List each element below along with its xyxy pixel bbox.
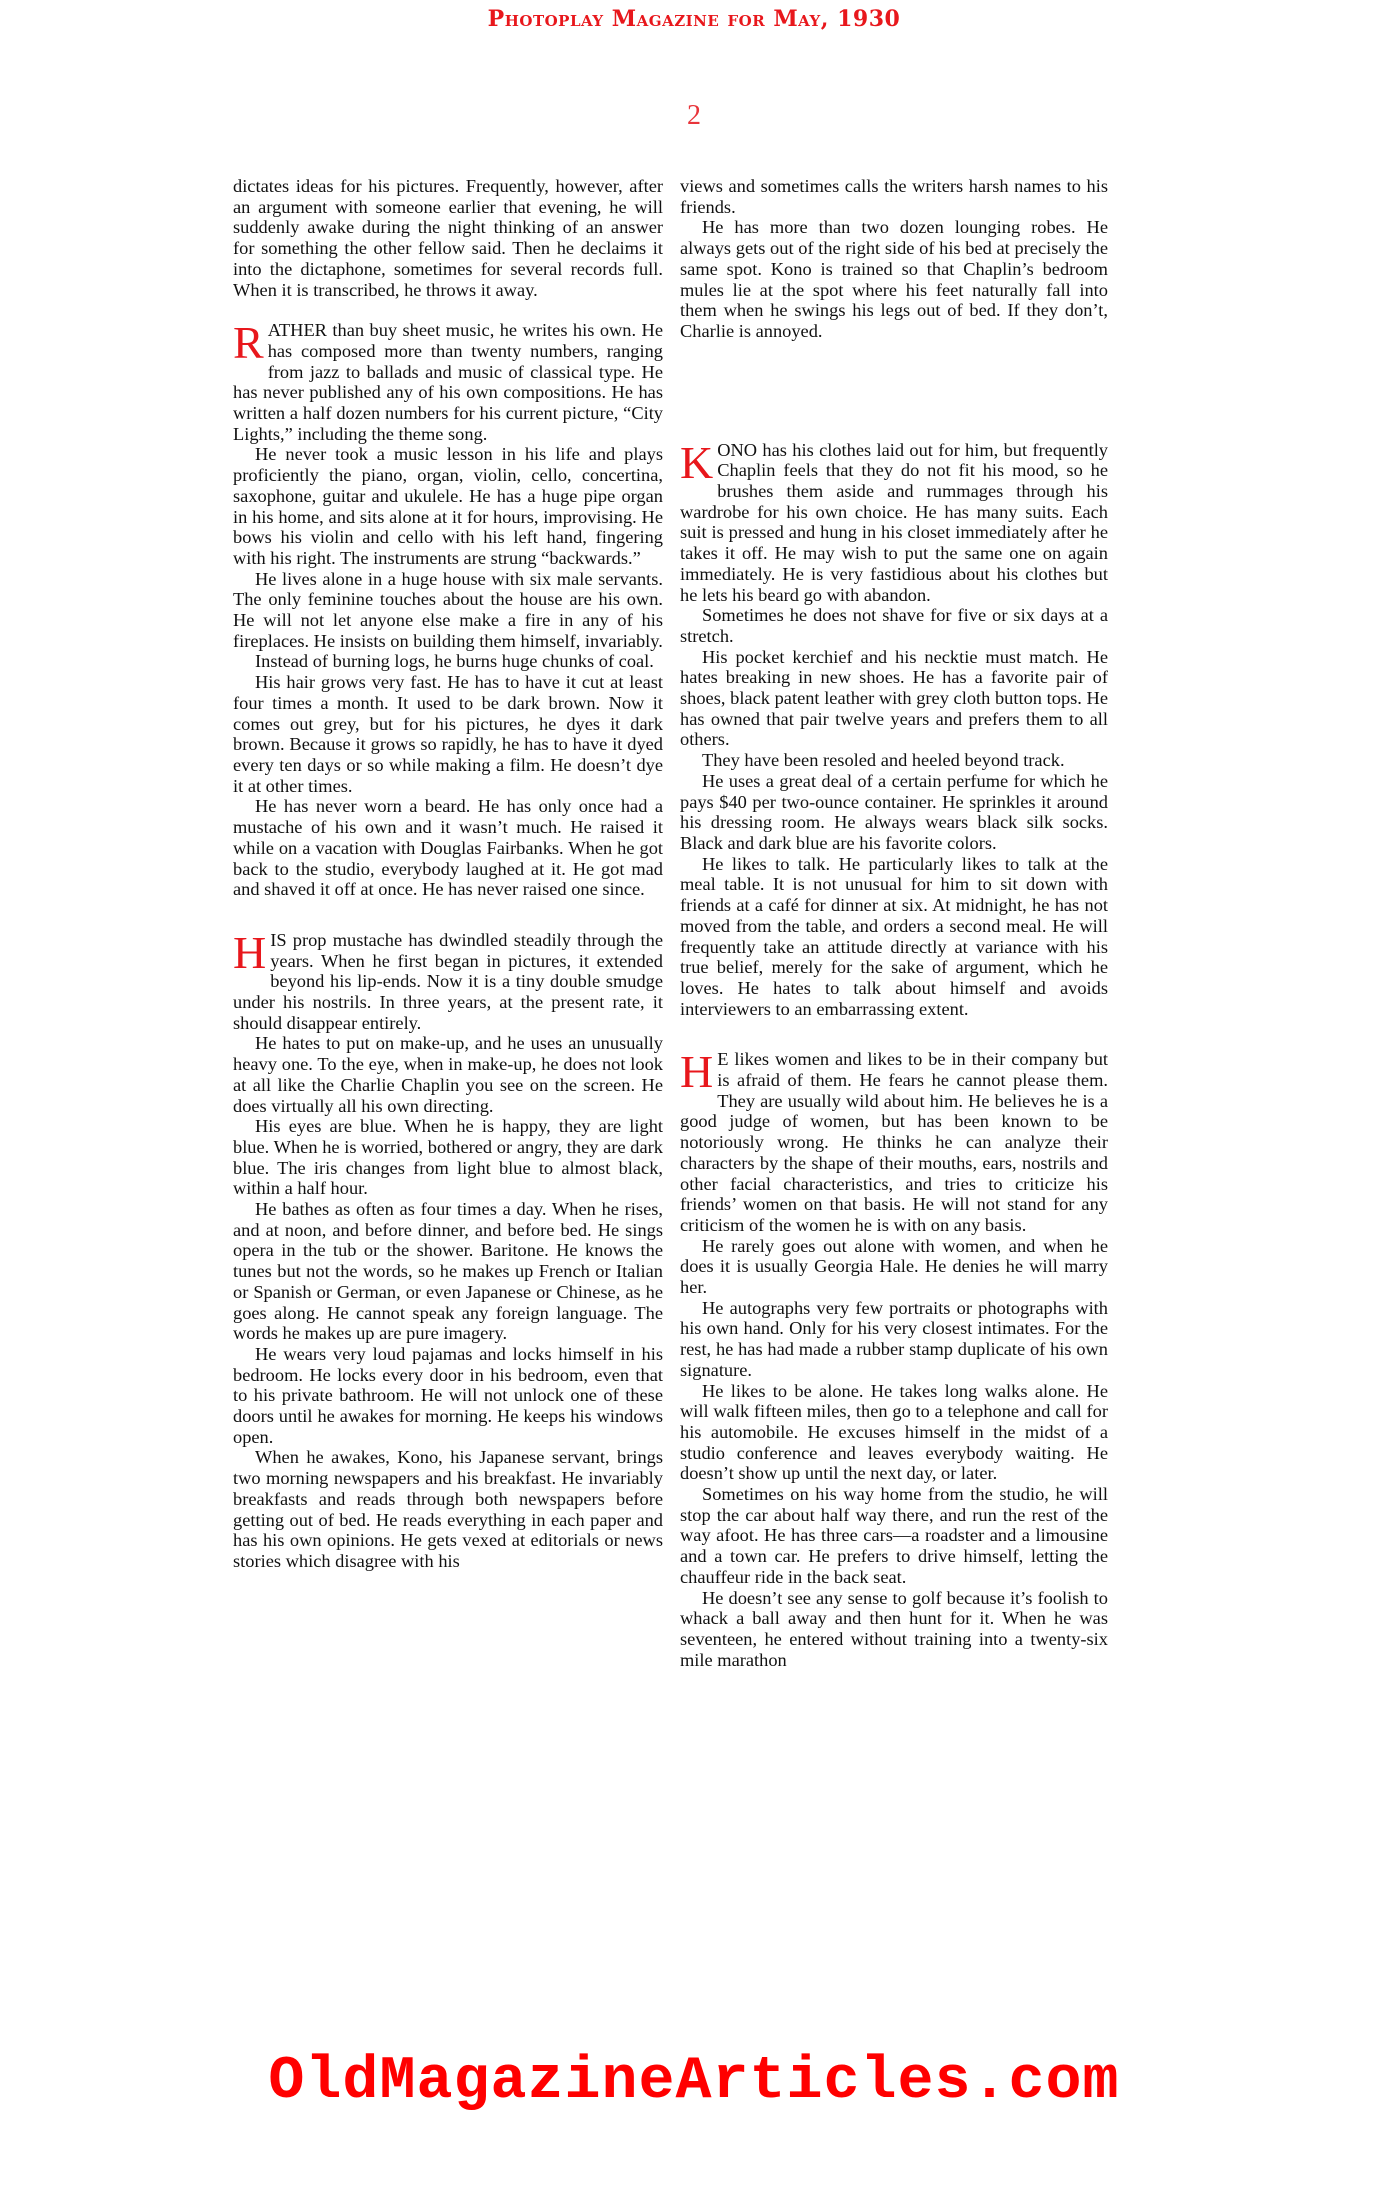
paragraph: views and sometimes calls the writers ha… bbox=[680, 176, 1108, 217]
section-paragraph: HIS prop mustache has dwindled steadily … bbox=[233, 930, 663, 1034]
paragraph: dictates ideas for his pictures. Frequen… bbox=[233, 176, 663, 300]
paragraph: Sometimes on his way home from the studi… bbox=[680, 1484, 1108, 1588]
paragraph: He wears very loud pajamas and locks him… bbox=[233, 1344, 663, 1448]
section-paragraph: RATHER than buy sheet music, he writes h… bbox=[233, 320, 663, 444]
paragraph: His pocket kerchief and his necktie must… bbox=[680, 647, 1108, 751]
paragraph: He has never worn a beard. He has only o… bbox=[233, 796, 663, 900]
drop-cap: K bbox=[680, 444, 713, 482]
paragraph: They have been resoled and heeled beyond… bbox=[680, 750, 1108, 771]
drop-cap: R bbox=[233, 324, 264, 362]
paragraph: When he awakes, Kono, his Japanese serva… bbox=[233, 1447, 663, 1571]
article-column-left: dictates ideas for his pictures. Frequen… bbox=[233, 176, 663, 1572]
drop-cap: H bbox=[680, 1053, 713, 1091]
paragraph: His eyes are blue. When he is happy, the… bbox=[233, 1116, 663, 1199]
paragraph: He hates to put on make-up, and he uses … bbox=[233, 1033, 663, 1116]
paragraph: Instead of burning logs, he burns huge c… bbox=[233, 651, 663, 672]
paragraph: He likes to talk. He particularly likes … bbox=[680, 854, 1108, 1020]
section-paragraph: HE likes women and likes to be in their … bbox=[680, 1049, 1108, 1235]
page-number: 2 bbox=[0, 100, 1388, 132]
site-watermark: OldMagazineArticles.com bbox=[0, 2048, 1388, 2116]
paragraph: He likes to be alone. He takes long walk… bbox=[680, 1381, 1108, 1485]
paragraph: He bathes as often as four times a day. … bbox=[233, 1199, 663, 1344]
article-column-right: views and sometimes calls the writers ha… bbox=[680, 176, 1108, 1670]
paragraph: His hair grows very fast. He has to have… bbox=[233, 672, 663, 796]
paragraph: He uses a great deal of a certain perfum… bbox=[680, 771, 1108, 854]
paragraph: He never took a music lesson in his life… bbox=[233, 444, 663, 568]
drop-cap: H bbox=[233, 934, 266, 972]
paragraph: He lives alone in a huge house with six … bbox=[233, 569, 663, 652]
masthead-title: Photoplay Magazine for May, 1930 bbox=[0, 6, 1388, 32]
paragraph: He doesn’t see any sense to golf because… bbox=[680, 1588, 1108, 1671]
paragraph: Sometimes he does not shave for five or … bbox=[680, 605, 1108, 646]
paragraph: He autographs very few portraits or phot… bbox=[680, 1298, 1108, 1381]
section-paragraph: KONO has his clothes laid out for him, b… bbox=[680, 440, 1108, 606]
paragraph: He rarely goes out alone with women, and… bbox=[680, 1236, 1108, 1298]
paragraph: He has more than two dozen lounging robe… bbox=[680, 217, 1108, 341]
